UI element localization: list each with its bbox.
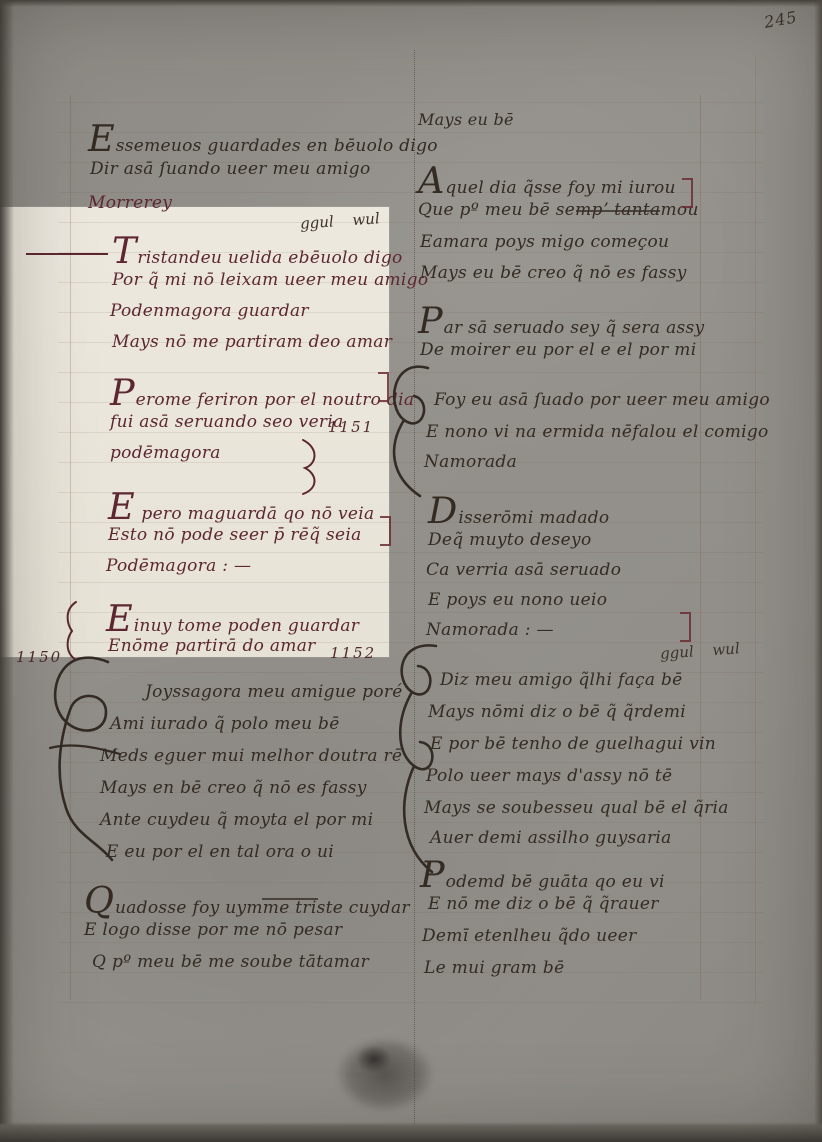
- page-edge-top: [0, 0, 822, 7]
- verse-line: Deq̃ muyto deseyo: [428, 532, 592, 549]
- fold-line: [414, 50, 416, 1135]
- verse-line: Namorada: [424, 454, 517, 471]
- verse-line: Par sā seruado sey q̃ sera assy: [418, 308, 704, 337]
- cantiga-number-1151: 1151: [328, 418, 374, 436]
- verse-line: Podēmagora : —: [106, 558, 251, 575]
- verse-line: Podenmagora guardar: [110, 303, 309, 320]
- verse-line: Disserōmi madado: [428, 498, 609, 527]
- folio-number: 245: [763, 7, 799, 32]
- verse-line: Einuy tome poden guardar: [106, 606, 359, 635]
- verse-line: fui asā seruando seo veria: [110, 414, 344, 431]
- verse-line: Polo ueer mays d'assy nō tē: [426, 768, 672, 785]
- verse-line: Tristandeu uelida ebēuolo digo: [112, 238, 403, 267]
- verse-line: Quadosse foy uymme triste cuydar: [84, 888, 410, 917]
- verse-line: E eu por el en tal ora o ui: [106, 844, 334, 861]
- verse-line: Joyssagora meu amigue poré: [145, 684, 403, 701]
- verse-line: Mays eu bē creo q̃ nō es fassy: [420, 265, 687, 282]
- verse-line: Mays en bē creo q̃ nō es fassy: [100, 780, 367, 797]
- page-edge-right: [814, 0, 822, 1142]
- verse-line: Esto nō pode seer p̄ rēq̃ seia: [108, 527, 362, 544]
- verse-line: E por bē tenho de guelhagui vin: [430, 736, 716, 753]
- column-header: Mays eu bē: [418, 112, 514, 128]
- verse-line: E nō me diz o bē q̃ q̃rauer: [428, 896, 659, 913]
- manuscript-page: 245 Essemeuos guardades en bēuolo digo D…: [0, 0, 822, 1142]
- verse-line: E pero maguardā qo nō veia: [108, 494, 374, 523]
- verse-line: podēmagora: [110, 445, 221, 462]
- verse-line: Essemeuos guardades en bēuolo digo: [88, 126, 438, 155]
- column-rule-right: [700, 95, 701, 1000]
- verse-line: Perome feriron por el noutro dia: [110, 380, 414, 409]
- margin-bracket: [680, 612, 691, 642]
- verse-line: Diz meu amigo q̃lhi faça bē: [440, 672, 683, 689]
- verse-line: Auer demi assilho guysaria: [430, 830, 672, 847]
- strikethrough-mark: [262, 898, 318, 900]
- margin-bracket: [380, 516, 391, 546]
- margin-bracket: [682, 178, 693, 208]
- verse-line: De moirer eu por el e el por mi: [420, 342, 696, 359]
- verse-line: Ante cuydeu q̃ moyta el por mi: [100, 812, 373, 829]
- verse-line: Eamara poys migo começou: [420, 234, 669, 251]
- verse-line: Foy eu asā ſuado por ueer meu amigo: [434, 392, 770, 409]
- verse-line: Mays nō me partiram deo amar: [112, 334, 392, 351]
- verse-line: Ami iurado q̃ polo meu bē: [110, 716, 340, 733]
- cantiga-number-1152: 1152: [330, 644, 376, 662]
- verse-line: Podemd bē guāta qo eu vi: [420, 862, 665, 891]
- margin-dash: [26, 253, 108, 255]
- verse-line: Namorada : —: [426, 622, 554, 639]
- verse-line: E nono vi na ermida nēfalou el comigo: [426, 424, 769, 441]
- verse-line: Por q̃ mi nō leixam ueer meu amigo: [112, 272, 428, 289]
- verse-line: Q pº meu bē me soube tātamar: [92, 954, 369, 971]
- verse-line: E poys eu nono ueio: [428, 592, 607, 609]
- margin-rule-right: [755, 55, 756, 1005]
- verse-line: Ca verria asā seruado: [426, 562, 621, 579]
- verse-line: Enōme partirā do amar: [108, 638, 316, 655]
- verse-line: E logo disse por me nō pesar: [84, 922, 342, 939]
- verse-line: Meds eguer mui melhor doutra rē: [100, 748, 402, 765]
- verse-line: Morrerey: [88, 195, 172, 212]
- verse-line: Demī etenlheu q̃do ueer: [422, 928, 637, 945]
- verse-line: Mays nōmi diz o bē q̃ q̃rdemi: [428, 704, 686, 721]
- ink-stain-core: [352, 1042, 396, 1076]
- verse-line: Aquel dia q̃sse foy mi iurou: [418, 168, 676, 197]
- strikethrough-mark: [576, 210, 660, 212]
- verse-line: Le mui gram bē: [424, 960, 564, 977]
- verse-line: Dir asā ſuando ueer meu amigo: [90, 161, 370, 178]
- paragraph-squiggle: [296, 438, 324, 496]
- verse-line: Mays se soubesseu qual bē el q̃ria: [424, 800, 729, 817]
